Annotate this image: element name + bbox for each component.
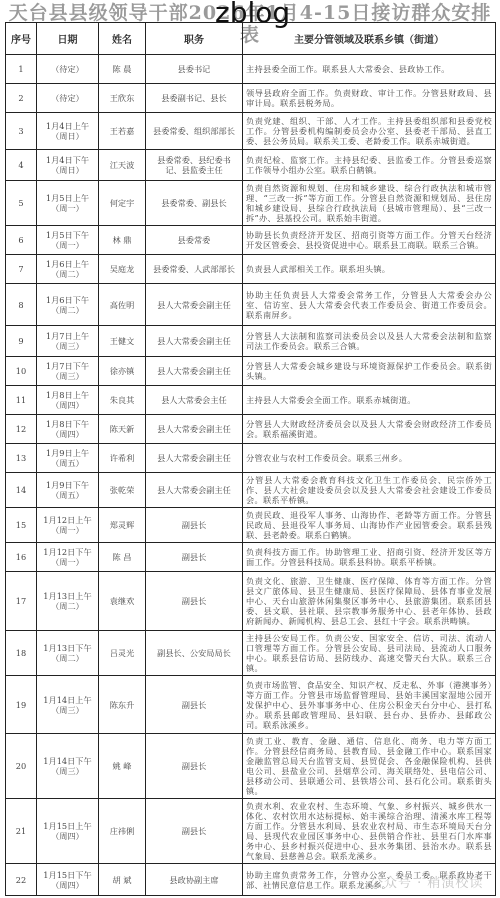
row-name: 张乾荣 (99, 473, 146, 508)
row-duties: 分管县人大常委会教育科技文化卫生工作委员会、民宗侨外工作、县人大社会建设委员会以… (243, 473, 496, 508)
row-number: 6 (6, 226, 37, 255)
header-duties: 主要分管领域及联系乡镇（街道） (243, 23, 496, 55)
row-date-day: 1月15日下午 (40, 870, 95, 880)
table-row: 131月9日上午（周五）许希利县人大常委会副主任分管农业与农村工作委员会。联系三… (6, 444, 496, 473)
row-position: 县人大常委会主任 (146, 386, 243, 415)
row-position: 县政协副主席 (146, 864, 243, 896)
header-name: 姓名 (99, 23, 146, 55)
row-date: 1月9日上午（周五） (37, 444, 99, 473)
row-duties: 主持县公安局工作。负责公安、国家安全、信访、司法、流动人口管理等方面工作。分管县… (243, 631, 496, 676)
row-position: 副县长 (146, 676, 243, 734)
header-no: 序号 (6, 23, 37, 55)
table-row: 61月5日下午（周一）林 鼎县委常委协助县长负责经济开发区、招商引资等方面工作。… (6, 226, 496, 255)
table-row: 51月5日上午（周一）何定宇县委常委、副县长负责自然资源和规划、住房和城乡建设、… (6, 181, 496, 226)
row-position: 县委副书记、县长 (146, 84, 243, 113)
row-duties: 负责县人武部相关工作。联系坦头镇。 (243, 255, 496, 284)
row-date: 1月7日上午（周三） (37, 326, 99, 357)
row-date: 1月4日上午（周日） (37, 113, 99, 150)
table-body: 1（待定）陈 晨县委书记主持县委全面工作。联系县人大常委会、县政协工作。2（待定… (6, 55, 496, 896)
table-row: 191月14日上午（周三）陈东升副县长负责市场监管、食品安全、知识产权、反走私、… (6, 676, 496, 734)
header-position: 职务 (146, 23, 243, 55)
row-name: 许希利 (99, 444, 146, 473)
row-number: 15 (6, 508, 37, 543)
row-date: 1月15日上午（周四） (37, 799, 99, 864)
row-number: 16 (6, 543, 37, 572)
row-position: 县委书记 (146, 55, 243, 84)
table-row: 211月15日上午（周四）庄祎俐副县长负责水利、农业农村、生态环境、气象、乡村振… (6, 799, 496, 864)
row-date: 1月14日上午（周三） (37, 676, 99, 734)
row-number: 13 (6, 444, 37, 473)
row-date-day: 1月9日下午 (40, 480, 95, 490)
row-duties: 负责市场监管、食品安全、知识产权、反走私、外事（港澳事务）等方面工作。分管县市场… (243, 676, 496, 734)
row-position: 副县长 (146, 572, 243, 631)
row-date-day: 1月9日上午 (40, 448, 95, 458)
row-date-weekday: （周一） (40, 525, 95, 535)
row-number: 3 (6, 113, 37, 150)
row-position: 县委常委、副县长 (146, 181, 243, 226)
row-date: 1月5日下午（周一） (37, 226, 99, 255)
row-date-day: 1月7日下午 (40, 361, 95, 371)
table-row: 41月4日下午（周日）江天波县委常委、县纪委书记、县监委主任负责纪检、监察工作。… (6, 150, 496, 181)
row-date-day: 1月8日下午 (40, 419, 95, 429)
row-number: 20 (6, 734, 37, 799)
row-date-day: 1月8日上午 (40, 390, 95, 400)
row-name: 陈天新 (99, 415, 146, 444)
row-date-day: 1月6日下午 (40, 295, 95, 305)
row-date-weekday: （周四） (40, 831, 95, 841)
row-number: 1 (6, 55, 37, 84)
row-date-day: 1月5日上午 (40, 193, 95, 203)
row-position: 县人大常委会副主任 (146, 326, 243, 357)
row-date-weekday: （周一） (40, 203, 95, 213)
row-date: 1月8日上午（周四） (37, 386, 99, 415)
row-duties: 负责自然资源和规划、住房和城乡建设、综合行政执法和城市管理、“三改一拆”等方面工… (243, 181, 496, 226)
row-date-weekday: （周二） (40, 269, 95, 279)
row-position: 县人大常委会副主任 (146, 444, 243, 473)
row-number: 4 (6, 150, 37, 181)
row-date: 1月6日上午（周二） (37, 255, 99, 284)
header-date: 日期 (37, 23, 99, 55)
row-name: 何定宇 (99, 181, 146, 226)
row-date: 1月4日下午（周日） (37, 150, 99, 181)
row-duties: 分管农业与农村工作委员会。联系三州乡。 (243, 444, 496, 473)
row-number: 11 (6, 386, 37, 415)
row-date-day: 1月4日下午 (40, 155, 95, 165)
row-date: 1月9日下午（周五） (37, 473, 99, 508)
row-number: 21 (6, 799, 37, 864)
row-date-day: 1月15日上午 (40, 821, 95, 831)
row-name: 徐亦镇 (99, 357, 146, 386)
row-date: 1月12日上午（周一） (37, 508, 99, 543)
row-date-day: 1月13日上午 (40, 591, 95, 601)
row-date: 1月6日下午（周二） (37, 284, 99, 326)
row-name: 王若嘉 (99, 113, 146, 150)
row-name: 胡 斌 (99, 864, 146, 896)
row-duties: 主持县委全面工作。联系县人大常委会、县政协工作。 (243, 55, 496, 84)
row-duties: 协助县长负责经济开发区、招商引资等方面工作。分管天台经济开发区管委会、县投资促进… (243, 226, 496, 255)
row-number: 9 (6, 326, 37, 357)
row-duties: 负责水利、农业农村、生态环境、气象、乡村振兴、城乡供水一体化、农村饮用水达标提标… (243, 799, 496, 864)
row-date: 1月15日下午（周四） (37, 864, 99, 896)
row-date: 1月12日下午（周一） (37, 543, 99, 572)
row-position: 县人大常委会副主任 (146, 357, 243, 386)
row-date-weekday: （周日） (40, 131, 95, 141)
row-number: 2 (6, 84, 37, 113)
row-duties: 分管县人大财政经济委员会以及县人大常委会财政经济工作委员会。联系福溪街道。 (243, 415, 496, 444)
row-name: 陈 昌 (99, 543, 146, 572)
row-name: 袁继欢 (99, 572, 146, 631)
row-number: 19 (6, 676, 37, 734)
row-date-weekday: （周日） (40, 165, 95, 175)
row-date: 1月13日下午（周二） (37, 631, 99, 676)
table-row: 151月12日上午（周一）郑灵辉副县长负责民政、退役军人事务、山海协作、老龄等方… (6, 508, 496, 543)
row-date-weekday: （周二） (40, 601, 95, 611)
row-duties: 负责文化、旅游、卫生健康、医疗保障、体育等方面工作。分管县文广旅体局、县卫生健康… (243, 572, 496, 631)
row-name: 林 鼎 (99, 226, 146, 255)
row-name: 陈东升 (99, 676, 146, 734)
row-duties: 负责党建、组织、干部、人才工作。主持县委组织部和县委党校工作。分管县委机构编制委… (243, 113, 496, 150)
row-position: 县人大常委会副主任 (146, 284, 243, 326)
table-row: 141月9日下午（周五）张乾荣县人大常委会副主任分管县人大常委会教育科技文化卫生… (6, 473, 496, 508)
row-number: 12 (6, 415, 37, 444)
row-number: 8 (6, 284, 37, 326)
row-date: 1月14日下午（周三） (37, 734, 99, 799)
row-date: （待定） (37, 84, 99, 113)
row-name: 王欣东 (99, 84, 146, 113)
row-name: 姚 峰 (99, 734, 146, 799)
row-number: 14 (6, 473, 37, 508)
row-date-day: 1月12日上午 (40, 515, 95, 525)
row-name: 江天波 (99, 150, 146, 181)
table-row: 31月4日上午（周日）王若嘉县委常委、组织部部长负责党建、组织、干部、人才工作。… (6, 113, 496, 150)
row-number: 10 (6, 357, 37, 386)
table-row: 181月13日下午（周二）吕灵光副县长、公安局局长主持县公安局工作。负责公安、国… (6, 631, 496, 676)
row-position: 县委常委、县纪委书记、县监委主任 (146, 150, 243, 181)
row-date-weekday: （周四） (40, 880, 95, 890)
row-date-weekday: （周一） (40, 557, 95, 567)
row-date-day: 1月6日上午 (40, 259, 95, 269)
row-position: 副县长 (146, 799, 243, 864)
row-date-day: 1月13日下午 (40, 643, 95, 653)
table-row: 81月6日下午（周二）高佐明县人大常委会副主任协助主任负责县人大常委会常务工作，… (6, 284, 496, 326)
row-date-weekday: （周五） (40, 490, 95, 500)
table-row: 171月13日上午（周二）袁继欢副县长负责文化、旅游、卫生健康、医疗保障、体育等… (6, 572, 496, 631)
table-row: 91月7日上午（周三）王健文县人大常委会副主任分管县人大法制和监察司法委员会以及… (6, 326, 496, 357)
row-position: 县人大常委会副主任 (146, 473, 243, 508)
row-date-weekday: （周二） (40, 305, 95, 315)
row-duties: 负责工业、教育、金融、通信、信息化、商务、电力等方面工作。分管县经信商务局、县教… (243, 734, 496, 799)
table-row: 101月7日下午（周三）徐亦镇县人大常委会副主任分管县人大常委会城乡建设与环境资… (6, 357, 496, 386)
row-date-weekday: （周四） (40, 400, 95, 410)
row-date: 1月5日上午（周一） (37, 181, 99, 226)
row-name: 王健文 (99, 326, 146, 357)
row-name: 郑灵辉 (99, 508, 146, 543)
row-name: 朱良其 (99, 386, 146, 415)
row-number: 18 (6, 631, 37, 676)
row-date: 1月7日下午（周三） (37, 357, 99, 386)
row-position: 县人大常委会副主任 (146, 415, 243, 444)
row-position: 副县长 (146, 543, 243, 572)
row-date-day: 1月7日上午 (40, 331, 95, 341)
row-duties: 分管县人大法制和监察司法委员会以及县人大常委会法制和监察司法工作委员会。联系三合… (243, 326, 496, 357)
row-date-day: （待定） (40, 93, 95, 103)
table-row: 121月8日下午（周四）陈天新县人大常委会副主任分管县人大财政经济委员会以及县人… (6, 415, 496, 444)
row-date-weekday: （周四） (40, 429, 95, 439)
row-date-weekday: （周三） (40, 766, 95, 776)
row-date-day: （待定） (40, 64, 95, 74)
row-position: 副县长 (146, 508, 243, 543)
row-duties: 领导县政府全面工作。负责财政、审计工作。分管县财政局、县审计局。联系县税务局。 (243, 84, 496, 113)
row-position: 副县长、公安局局长 (146, 631, 243, 676)
row-date-weekday: （周三） (40, 341, 95, 351)
row-date-day: 1月14日下午 (40, 756, 95, 766)
row-number: 22 (6, 864, 37, 896)
row-date-day: 1月4日上午 (40, 121, 95, 131)
row-number: 7 (6, 255, 37, 284)
row-date-weekday: （周五） (40, 458, 95, 468)
row-number: 17 (6, 572, 37, 631)
row-duties: 分管县人大常委会城乡建设与环境资源保护工作委员会。联系街头镇。 (243, 357, 496, 386)
row-date: 1月13日上午（周二） (37, 572, 99, 631)
row-date-weekday: （周三） (40, 705, 95, 715)
row-name: 吴庭龙 (99, 255, 146, 284)
row-date-weekday: （周一） (40, 240, 95, 250)
row-date-day: 1月14日上午 (40, 695, 95, 705)
row-date-day: 1月5日下午 (40, 230, 95, 240)
row-date-weekday: （周三） (40, 371, 95, 381)
row-duties: 主持县人大常委会全面工作。联系赤城街道。 (243, 386, 496, 415)
table-row: 1（待定）陈 晨县委书记主持县委全面工作。联系县人大常委会、县政协工作。 (6, 55, 496, 84)
row-duties: 协助主任负责县人大常委会常务工作，分管县人大常委会办公室、信访室、县人大常委会代… (243, 284, 496, 326)
row-number: 5 (6, 181, 37, 226)
row-position: 副县长 (146, 734, 243, 799)
row-duties: 负责科技方面工作。协助管理工业、招商引资、经济开发区等方面工作。分管县科技局。联… (243, 543, 496, 572)
watermark-bottom: 公众号 · 稍演校读 (370, 872, 483, 891)
row-name: 高佐明 (99, 284, 146, 326)
row-name: 庄祎俐 (99, 799, 146, 864)
row-position: 县委常委 (146, 226, 243, 255)
row-position: 县委常委、人武部部长 (146, 255, 243, 284)
row-date-weekday: （周二） (40, 653, 95, 663)
row-date-day: 1月12日下午 (40, 547, 95, 557)
table-row: 201月14日下午（周三）姚 峰副县长负责工业、教育、金融、通信、信息化、商务、… (6, 734, 496, 799)
row-date: 1月8日下午（周四） (37, 415, 99, 444)
row-name: 吕灵光 (99, 631, 146, 676)
row-duties: 负责纪检、监察工作。主持县纪委、县监委工作。分管县委巡察工作领导小组办公室。联系… (243, 150, 496, 181)
row-position: 县委常委、组织部部长 (146, 113, 243, 150)
row-date: （待定） (37, 55, 99, 84)
table-row: 71月6日上午（周二）吴庭龙县委常委、人武部部长负责县人武部相关工作。联系坦头镇… (6, 255, 496, 284)
table-row: 161月12日下午（周一）陈 昌副县长负责科技方面工作。协助管理工业、招商引资、… (6, 543, 496, 572)
table-row: 2（待定）王欣东县委副书记、县长领导县政府全面工作。负责财政、审计工作。分管县财… (6, 84, 496, 113)
row-name: 陈 晨 (99, 55, 146, 84)
row-duties: 负责民政、退役军人事务、山海协作、老龄等方面工作。分管县民政局、县退役军人事务局… (243, 508, 496, 543)
table-header-row: 序号 日期 姓名 职务 主要分管领域及联系乡镇（街道） (6, 23, 496, 55)
reception-schedule-table: 序号 日期 姓名 职务 主要分管领域及联系乡镇（街道） 1（待定）陈 晨县委书记… (5, 22, 496, 896)
table-row: 111月8日上午（周四）朱良其县人大常委会主任主持县人大常委会全面工作。联系赤城… (6, 386, 496, 415)
